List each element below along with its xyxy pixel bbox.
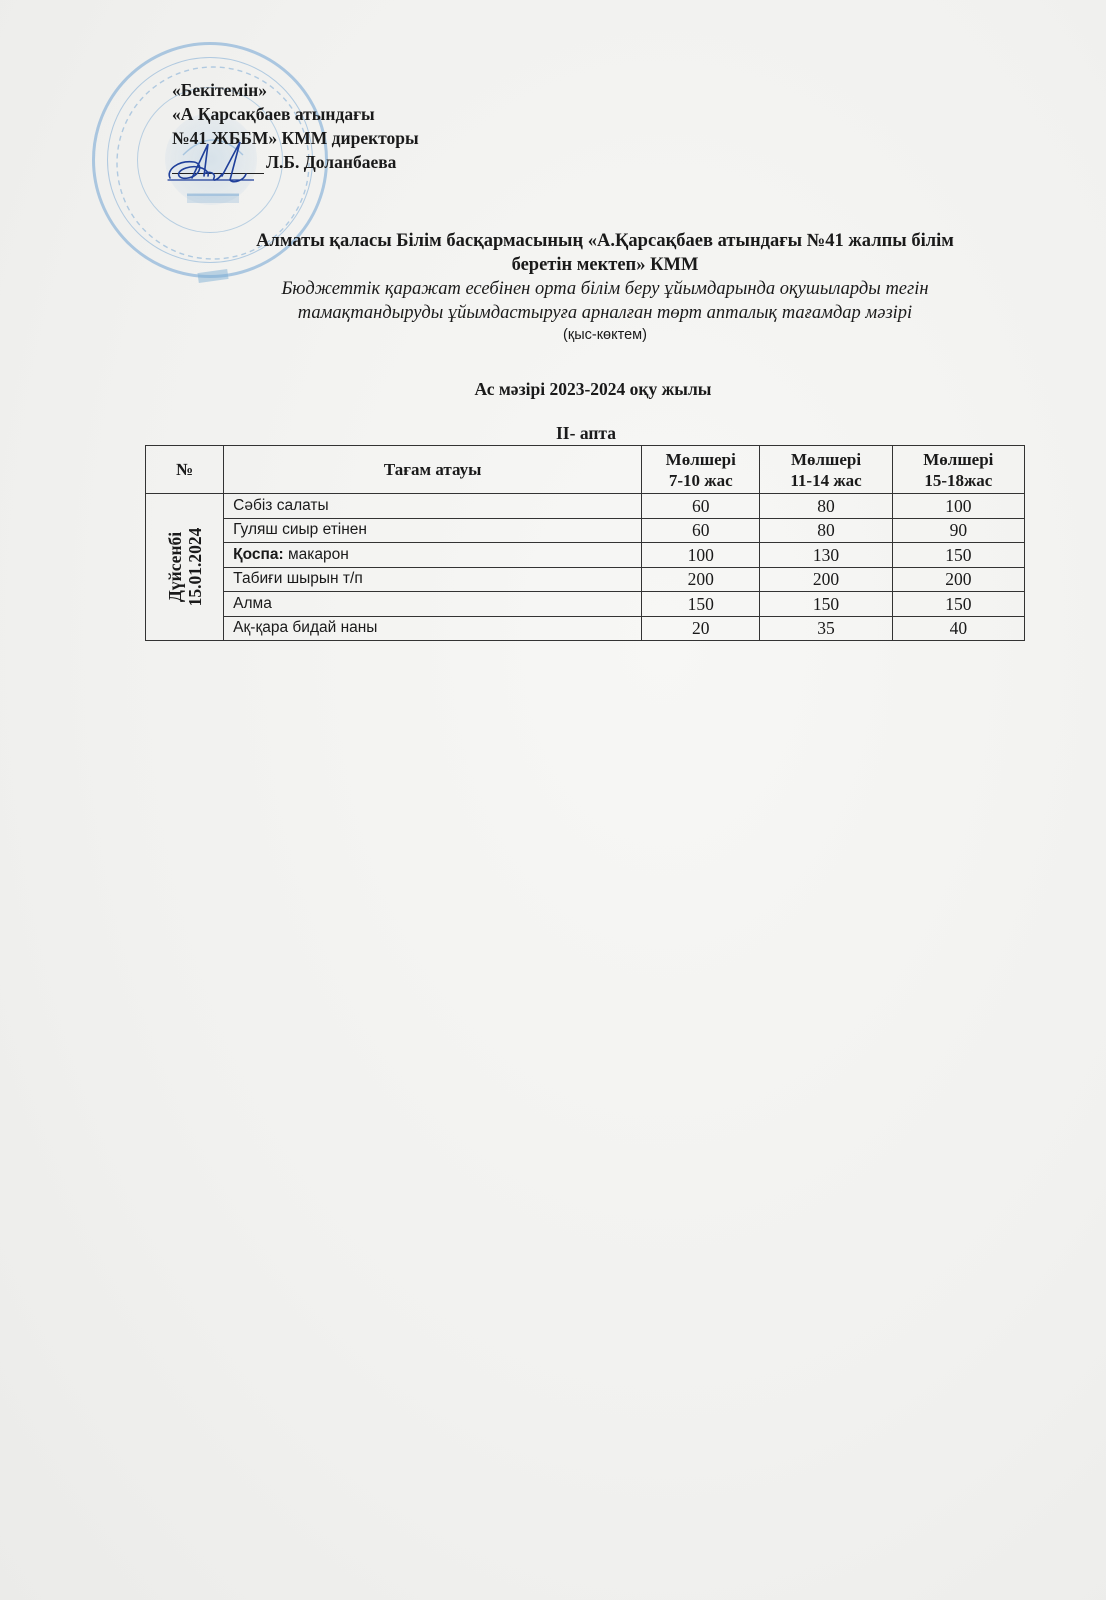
day-name: Дүйсенбі bbox=[165, 528, 185, 607]
table-row: Ақ-қара бидай наны 20 35 40 bbox=[146, 616, 1025, 641]
dish-name: Гуляш сиыр етінен bbox=[224, 518, 642, 543]
header-dish-name: Тағам атауы bbox=[224, 446, 642, 494]
menu-year-heading: Ас мәзірі 2023-2024 оқу жылы bbox=[0, 379, 1106, 400]
qty-7-10: 200 bbox=[642, 567, 760, 592]
table-row: Гуляш сиыр етінен 60 80 90 bbox=[146, 518, 1025, 543]
header-qty-7-10: Мөлшері 7-10 жас bbox=[642, 446, 760, 494]
menu-subtitle-line2: тамақтандыруды ұйымдастыруға арналған тө… bbox=[170, 301, 1040, 325]
qty-15-18: 200 bbox=[892, 567, 1024, 592]
dish-name: Қоспа: макарон bbox=[224, 543, 642, 568]
qty-11-14: 80 bbox=[760, 518, 892, 543]
qty-7-10: 60 bbox=[642, 518, 760, 543]
table-row: Дүйсенбі 15.01.2024 Сәбіз салаты 60 80 1… bbox=[146, 494, 1025, 519]
dish-label: Табиғи шырын т/п bbox=[233, 570, 363, 587]
handwritten-signature-icon bbox=[164, 140, 254, 195]
qty-15-18: 150 bbox=[892, 592, 1024, 617]
qty-7-10: 60 bbox=[642, 494, 760, 519]
qty-15-18: 90 bbox=[892, 518, 1024, 543]
dish-label: Алма bbox=[233, 595, 272, 612]
header-qty-label: Мөлшері bbox=[893, 449, 1024, 470]
table-header-row: № Тағам атауы Мөлшері 7-10 жас Мөлшері 1… bbox=[146, 446, 1025, 494]
header-number: № bbox=[146, 446, 224, 494]
qty-15-18: 100 bbox=[892, 494, 1024, 519]
qty-11-14: 35 bbox=[760, 616, 892, 641]
qty-7-10: 150 bbox=[642, 592, 760, 617]
dish-name: Сәбіз салаты bbox=[224, 494, 642, 519]
header-age-label: 15-18жас bbox=[893, 470, 1024, 491]
approval-signer: Л.Б. Доланбаева bbox=[266, 150, 396, 174]
dish-label: Ақ-қара бидай наны bbox=[233, 619, 377, 636]
approval-title: «Бекітемін» bbox=[172, 78, 419, 102]
header-age-label: 11-14 жас bbox=[760, 470, 891, 491]
dish-name: Табиғи шырын т/п bbox=[224, 567, 642, 592]
school-title-line2: беретін мектеп» КММ bbox=[170, 253, 1040, 277]
qty-11-14: 130 bbox=[760, 543, 892, 568]
dish-label: Сәбіз салаты bbox=[233, 497, 328, 514]
dish-label: макарон bbox=[284, 546, 349, 563]
header-qty-11-14: Мөлшері 11-14 жас bbox=[760, 446, 892, 494]
qty-11-14: 80 bbox=[760, 494, 892, 519]
dish-prefix: Қоспа: bbox=[233, 546, 284, 563]
qty-15-18: 150 bbox=[892, 543, 1024, 568]
menu-subtitle-line1: Бюджеттік қаражат есебінен орта білім бе… bbox=[170, 277, 1040, 301]
dish-name: Алма bbox=[224, 592, 642, 617]
qty-11-14: 200 bbox=[760, 567, 892, 592]
qty-7-10: 100 bbox=[642, 543, 760, 568]
header-qty-15-18: Мөлшері 15-18жас bbox=[892, 446, 1024, 494]
day-date: 15.01.2024 bbox=[185, 528, 205, 607]
header-qty-label: Мөлшері bbox=[642, 449, 759, 470]
school-title-line1: Алматы қаласы Білім басқармасының «А.Қар… bbox=[170, 229, 1040, 253]
dish-label: Гуляш сиыр етінен bbox=[233, 521, 367, 538]
document-header: Алматы қаласы Білім басқармасының «А.Қар… bbox=[170, 229, 1040, 345]
day-label: Дүйсенбі 15.01.2024 bbox=[165, 528, 205, 607]
qty-15-18: 40 bbox=[892, 616, 1024, 641]
header-qty-label: Мөлшері bbox=[760, 449, 891, 470]
qty-11-14: 150 bbox=[760, 592, 892, 617]
approval-school: «А Қарсақбаев атындағы bbox=[172, 102, 419, 126]
header-age-label: 7-10 жас bbox=[642, 470, 759, 491]
season-label: (қыс-көктем) bbox=[170, 325, 1040, 345]
menu-table: № Тағам атауы Мөлшері 7-10 жас Мөлшері 1… bbox=[145, 445, 1025, 641]
table-row: Алма 150 150 150 bbox=[146, 592, 1025, 617]
week-heading: II- апта bbox=[0, 423, 1106, 444]
table-row: Табиғи шырын т/п 200 200 200 bbox=[146, 567, 1025, 592]
qty-7-10: 20 bbox=[642, 616, 760, 641]
dish-name: Ақ-қара бидай наны bbox=[224, 616, 642, 641]
day-cell: Дүйсенбі 15.01.2024 bbox=[146, 494, 224, 641]
table-row: Қоспа: макарон 100 130 150 bbox=[146, 543, 1025, 568]
